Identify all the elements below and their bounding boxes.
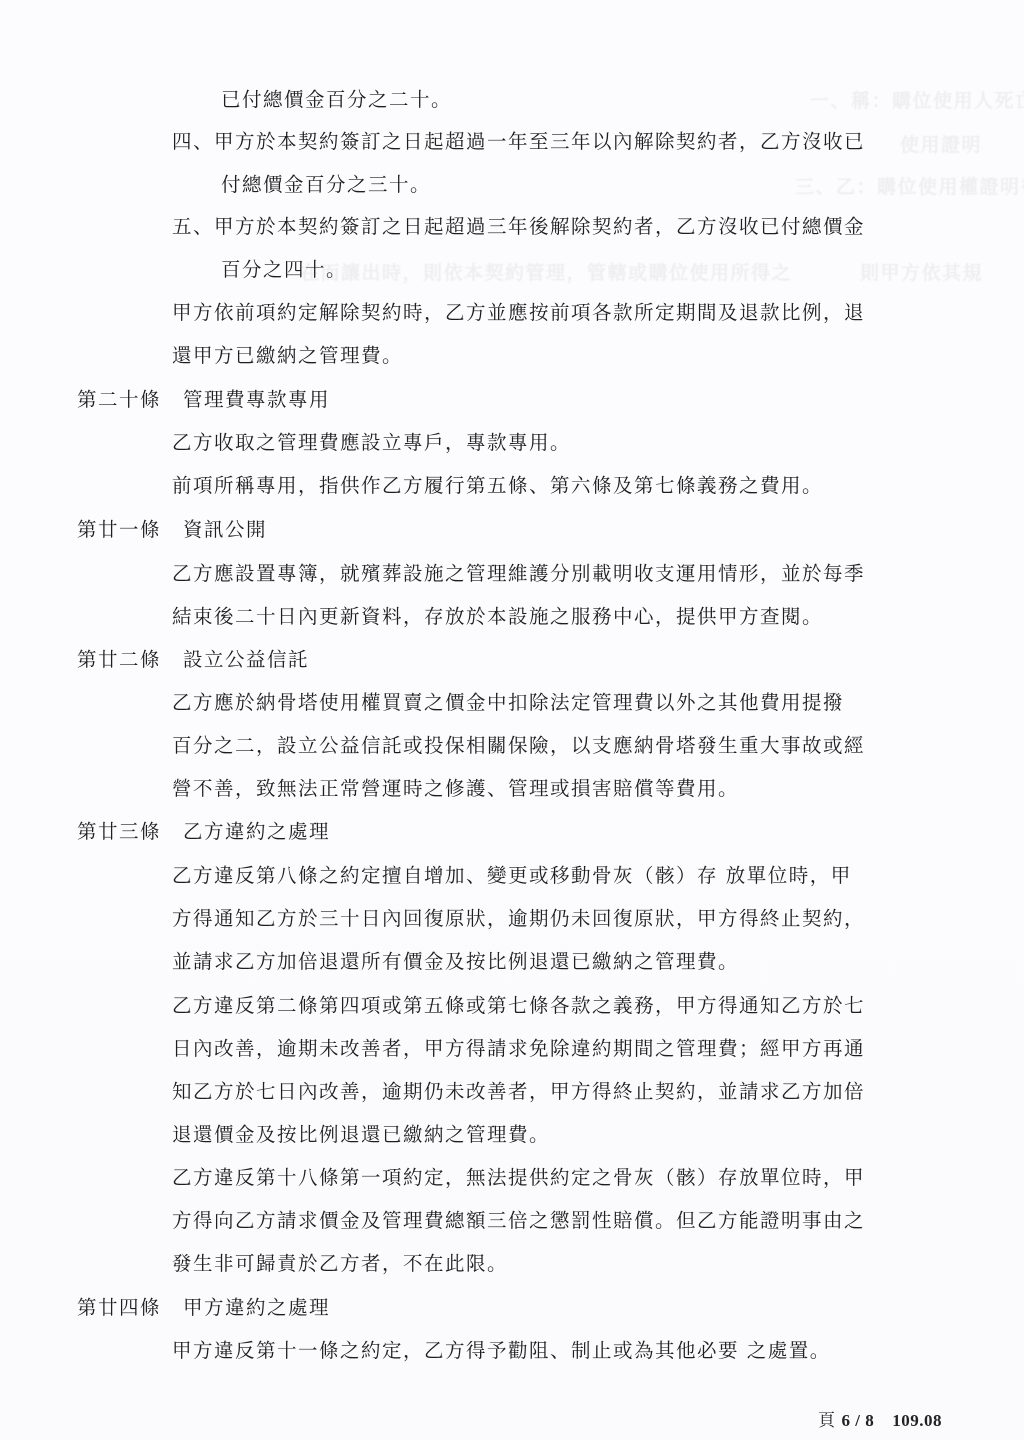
- article-number: 第廿一條: [77, 518, 161, 542]
- article-title: 乙方違約之處理: [183, 820, 330, 844]
- article-paragraph: 乙方違反第十八條第一項約定，無法提供約定之骨灰（骸）存放單位時，甲: [172, 1166, 865, 1190]
- document-page: 一、稱：購位使用人死亡證明書。 使用證明 三、乙：購位使用權證明書。 則甲方依其…: [0, 0, 1024, 1440]
- article-heading-24: 第廿四條甲方違約之處理: [77, 1296, 330, 1320]
- bleed-through-text: 一、稱：購位使用人死亡證明書。: [810, 86, 1024, 113]
- article-paragraph: 方得向乙方請求價金及管理費總額三倍之懲罰性賠償。但乙方能證明事由之: [172, 1209, 865, 1233]
- article-paragraph: 甲方違反第十一條之約定，乙方得予勸阻、制止或為其他必要 之處置。: [172, 1339, 831, 1363]
- clause-line: 付總價金百分之三十。: [221, 173, 431, 197]
- article-heading-20: 第二十條管理費專款專用: [77, 388, 330, 412]
- article-number: 第廿三條: [77, 820, 161, 844]
- article-title: 設立公益信託: [183, 648, 309, 672]
- article-paragraph: 日內改善，逾期未改善者，甲方得請求免除違約期間之管理費；經甲方再通: [172, 1037, 865, 1061]
- clause-line: 已付總價金百分之二十。: [221, 88, 452, 112]
- article-paragraph: 乙方應設置專簿，就殯葬設施之管理維護分別載明收支運用情形，並於每季: [172, 562, 865, 586]
- article-paragraph: 百分之二，設立公益信託或投保相關保險，以支應納骨塔發生重大事故或經: [172, 734, 865, 758]
- article-paragraph: 營不善，致無法正常營運時之修護、管理或損害賠償等費用。: [172, 777, 739, 801]
- clause-paragraph: 甲方依前項約定解除契約時，乙方並應按前項各款所定期間及退款比例，退: [172, 301, 865, 325]
- article-paragraph: 乙方違反第二條第四項或第五條或第七條各款之義務，甲方得通知乙方於七: [172, 994, 865, 1018]
- clause-line: 百分之四十。: [221, 258, 347, 282]
- article-heading-23: 第廿三條乙方違約之處理: [77, 820, 330, 844]
- article-paragraph: 退還價金及按比例退還已繳納之管理費。: [172, 1123, 550, 1147]
- article-title: 管理費專款專用: [183, 388, 330, 412]
- clause-item-5: 五、甲方於本契約簽訂之日起超過三年後解除契約者，乙方沒收已付總價金: [172, 215, 865, 239]
- page-number: 6 / 8: [842, 1411, 875, 1430]
- page-label: 頁: [818, 1411, 836, 1430]
- document-version: 109.08: [892, 1411, 942, 1430]
- article-paragraph: 知乙方於七日內改善，逾期仍未改善者，甲方得終止契約，並請求乙方加倍: [172, 1080, 865, 1104]
- article-number: 第二十條: [77, 388, 161, 412]
- article-paragraph: 並請求乙方加倍退還所有價金及按比例退還已繳納之管理費。: [172, 950, 739, 974]
- bleed-through-text: 在而讓出時，則依本契約管理，管轄或購位使用所得之: [300, 258, 792, 285]
- article-paragraph: 乙方收取之管理費應設立專戶，專款專用。: [172, 431, 571, 455]
- article-number: 第廿二條: [77, 648, 161, 672]
- article-heading-21: 第廿一條資訊公開: [77, 518, 267, 542]
- article-title: 資訊公開: [183, 518, 267, 542]
- article-title: 甲方違約之處理: [183, 1296, 330, 1320]
- article-paragraph: 發生非可歸責於乙方者，不在此限。: [172, 1252, 508, 1276]
- clause-item-4: 四、甲方於本契約簽訂之日起超過一年至三年以內解除契約者，乙方沒收已: [172, 130, 865, 154]
- article-paragraph: 結束後二十日內更新資料，存放於本設施之服務中心，提供甲方查閱。: [172, 605, 823, 629]
- bleed-through-text: 則甲方依其規: [860, 258, 983, 285]
- article-heading-22: 第廿二條設立公益信託: [77, 648, 309, 672]
- article-number: 第廿四條: [77, 1296, 161, 1320]
- article-paragraph: 乙方應於納骨塔使用權買賣之價金中扣除法定管理費以外之其他費用提撥: [172, 691, 844, 715]
- clause-paragraph: 還甲方已繳納之管理費。: [172, 344, 403, 368]
- bleed-through-text: 使用證明: [900, 130, 982, 157]
- article-paragraph: 方得通知乙方於三十日內回復原狀，逾期仍未回復原狀，甲方得終止契約，: [172, 907, 865, 931]
- article-paragraph: 前項所稱專用，指供作乙方履行第五條、第六條及第七條義務之費用。: [172, 474, 823, 498]
- bleed-through-text: 三、乙：購位使用權證明書。: [795, 172, 1024, 199]
- article-paragraph: 乙方違反第八條之約定擅自增加、變更或移動骨灰（骸）存 放單位時，甲: [172, 864, 852, 888]
- page-footer: 頁6 / 8109.08: [818, 1406, 942, 1431]
